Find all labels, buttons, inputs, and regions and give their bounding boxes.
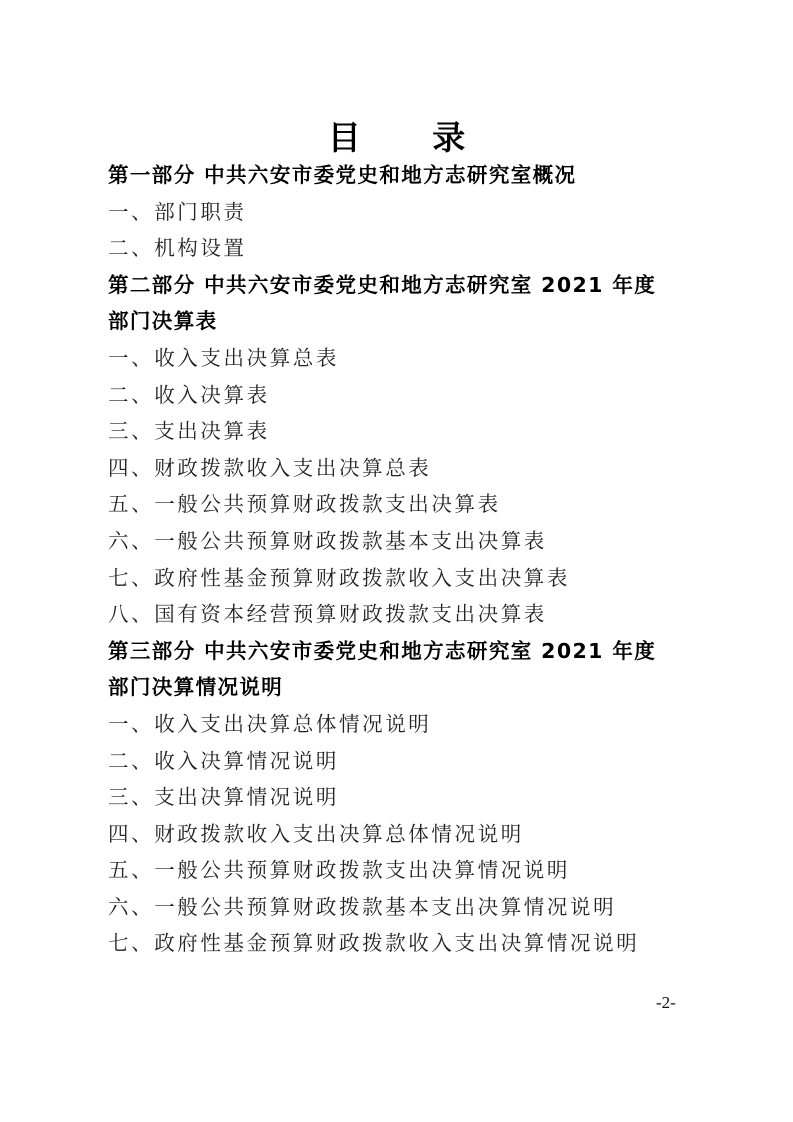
toc-item: 一、部门职责 bbox=[108, 194, 708, 231]
page-number: -2- bbox=[656, 993, 676, 1013]
toc-item: 五、一般公共预算财政拨款支出决算表 bbox=[108, 486, 708, 523]
toc-item: 六、一般公共预算财政拨款基本支出决算表 bbox=[108, 523, 708, 560]
toc-item: 一、收入支出决算总体情况说明 bbox=[108, 706, 708, 743]
toc-item: 二、收入决算表 bbox=[108, 377, 708, 414]
page-title: 目 录 bbox=[0, 112, 793, 159]
toc-item: 二、机构设置 bbox=[108, 230, 708, 267]
toc-part-heading: 第三部分 中共六安市委党史和地方志研究室 2021 年度 bbox=[108, 633, 708, 670]
toc-item: 三、支出决算情况说明 bbox=[108, 779, 708, 816]
toc-item: 八、国有资本经营预算财政拨款支出决算表 bbox=[108, 596, 708, 633]
toc-item: 一、收入支出决算总表 bbox=[108, 340, 708, 377]
toc-item: 四、财政拨款收入支出决算总表 bbox=[108, 450, 708, 487]
toc-item: 四、财政拨款收入支出决算总体情况说明 bbox=[108, 816, 708, 853]
toc-part-heading-continued: 部门决算表 bbox=[108, 303, 708, 340]
toc-item: 三、支出决算表 bbox=[108, 413, 708, 450]
toc-part-heading: 第二部分 中共六安市委党史和地方志研究室 2021 年度 bbox=[108, 267, 708, 304]
toc-item: 五、一般公共预算财政拨款支出决算情况说明 bbox=[108, 852, 708, 889]
toc-part-heading-continued: 部门决算情况说明 bbox=[108, 669, 708, 706]
toc-item: 七、政府性基金预算财政拨款收入支出决算情况说明 bbox=[108, 925, 708, 962]
toc-item: 二、收入决算情况说明 bbox=[108, 743, 708, 780]
toc-item: 六、一般公共预算财政拨款基本支出决算情况说明 bbox=[108, 889, 708, 926]
table-of-contents: 第一部分 中共六安市委党史和地方志研究室概况 一、部门职责 二、机构设置 第二部… bbox=[108, 157, 708, 962]
toc-part-heading: 第一部分 中共六安市委党史和地方志研究室概况 bbox=[108, 157, 708, 194]
toc-item: 七、政府性基金预算财政拨款收入支出决算表 bbox=[108, 560, 708, 597]
